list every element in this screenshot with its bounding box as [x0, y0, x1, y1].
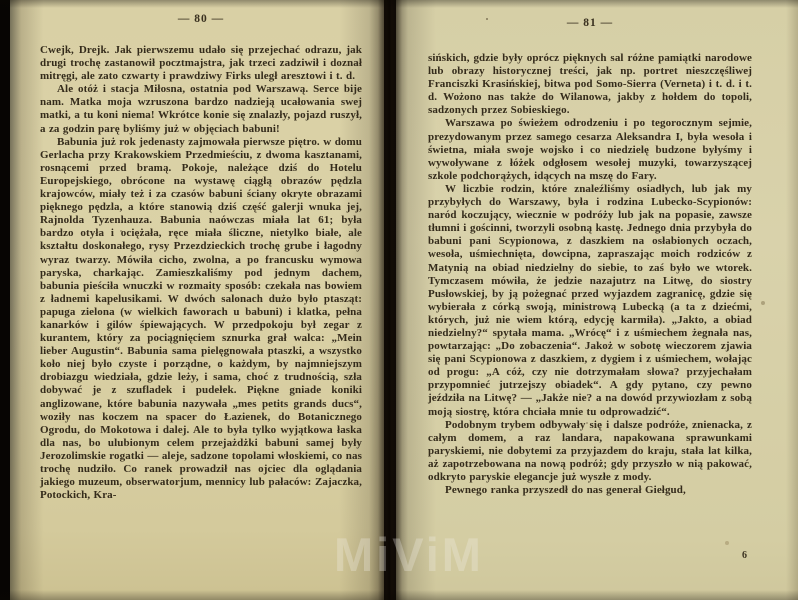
paragraph: W liczbie rodzin, które znaleźliśmy osia… [428, 183, 752, 419]
page-number-80: — 80 — [40, 13, 362, 25]
book-scan: — 80 — Cwejk, Drejk. Jak pierwszemu udał… [0, 0, 798, 600]
paragraph: Podobnym trybem odbywały się i dalsze po… [428, 419, 752, 484]
top-edge-shadow [0, 0, 798, 8]
page-80-text-column: Cwejk, Drejk. Jak pierwszemu udało się p… [40, 44, 362, 502]
page-81-text-column: sińskich, gdzie były oprócz pięknych sal… [428, 52, 752, 497]
paragraph: sińskich, gdzie były oprócz pięknych sal… [428, 52, 752, 117]
bottom-edge-shadow [0, 590, 798, 600]
page-80: — 80 — Cwejk, Drejk. Jak pierwszemu udał… [10, 0, 384, 600]
paragraph: Cwejk, Drejk. Jak pierwszemu udało się p… [40, 44, 362, 83]
paper-specks [486, 18, 488, 20]
signature-mark: 6 [742, 550, 747, 561]
book-gutter [378, 0, 402, 600]
paragraph: Pewnego ranka przyszedł do nas generał G… [428, 484, 752, 497]
page-number-81: — 81 — [428, 17, 752, 29]
paragraph: Warszawa po świeżem odrodzeniu i po tego… [428, 117, 752, 182]
page-81: — 81 — sińskich, gdzie były oprócz piękn… [396, 0, 798, 600]
paragraph: Ale otóż i stacja Miłosna, ostatnia pod … [40, 83, 362, 135]
paragraph: Babunia już rok jedenasty zajmowała pier… [40, 136, 362, 503]
